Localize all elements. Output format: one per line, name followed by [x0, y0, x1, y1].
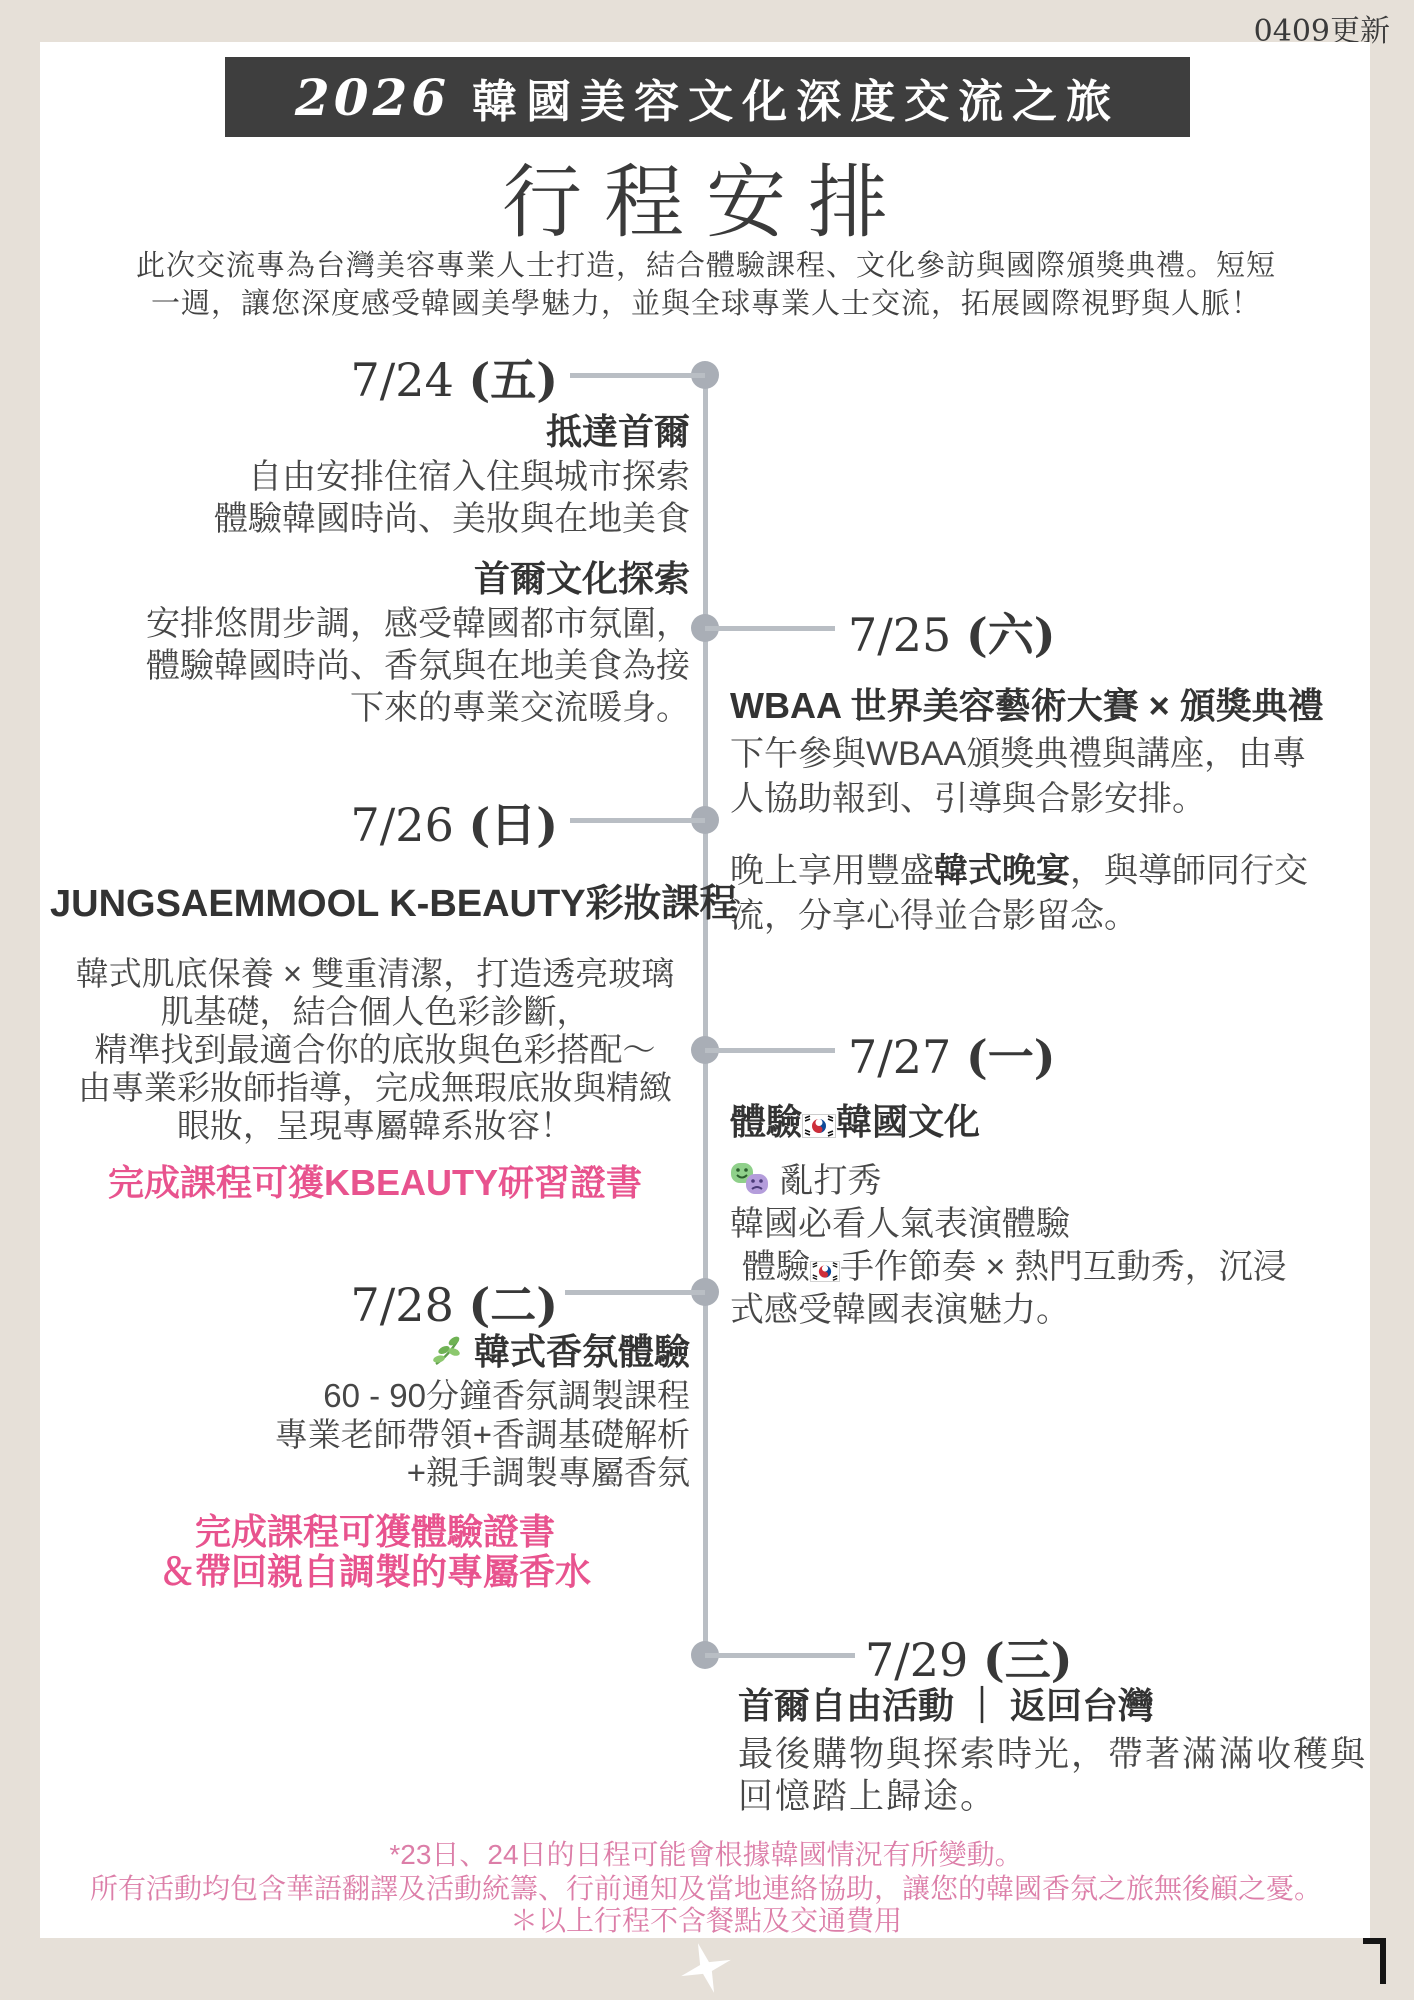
- body-line: 人協助報到、引導與合影安排。: [730, 771, 1370, 820]
- event-title: 首爾自由活動 ｜ 返回台灣: [738, 1678, 1378, 1729]
- page-title: 行程安排: [42, 138, 1370, 253]
- certificate-note: 完成課程可獲KBEAUTY研習證書: [60, 1155, 690, 1206]
- title-banner: 2026 韓國美容文化深度交流之旅: [225, 57, 1190, 137]
- event-title: 體驗韓國文化: [730, 1094, 1370, 1147]
- show-name: 亂打秀: [779, 1162, 881, 1200]
- flyer-page: 0409更新 2026 韓國美容文化深度交流之旅 行程安排 此次交流專為台灣美容…: [0, 0, 1414, 2000]
- body-line: 眼妝，呈現專屬韓系妝容！: [60, 1100, 690, 1147]
- footnote: ＊以上行程不含餐點及交通費用: [42, 1899, 1370, 1939]
- weekday-label: (一): [966, 1030, 1056, 1084]
- timeline-connector: [565, 1290, 705, 1295]
- date-label-0724: 7/24 (五): [300, 344, 558, 410]
- body-line: 下午參與WBAA頒獎典禮與講座，由專: [730, 726, 1370, 775]
- body-line: 回憶踏上歸途。: [738, 1769, 1378, 1819]
- certificate-note: ＆帶回親自調製的專屬香水: [60, 1544, 690, 1595]
- date-label-0727: 7/27 (一): [848, 1021, 1055, 1087]
- date-label-0726: 7/26 (日): [300, 789, 558, 855]
- event-title: WBAA 世界美容藝術大賽 × 頒獎典禮: [730, 678, 1370, 729]
- banner-title: 韓國美容文化深度交流之旅: [472, 65, 1120, 130]
- body-line: 韓國必看人氣表演體驗: [730, 1196, 1370, 1245]
- intro-line: 一週，讓您深度感受韓國美學魅力，並與全球專業人士交流，拓展國際視野與人脈！: [42, 281, 1370, 322]
- four-point-star-icon: [678, 1940, 734, 2000]
- page-corner-mark: [1363, 1938, 1386, 1984]
- bold-run: 韓式晚宴: [934, 852, 1070, 890]
- timeline-connector: [570, 373, 705, 378]
- body-line: 流，分享心得並合影留念。: [730, 888, 1370, 937]
- body-line: +親手調製專屬香氛: [50, 1447, 690, 1494]
- date-label-0725: 7/25 (六): [848, 599, 1055, 665]
- timeline-connector: [705, 1653, 855, 1658]
- weekday-label: (六): [966, 608, 1056, 662]
- timeline-connector: [705, 626, 835, 631]
- weekday-label: (日): [468, 798, 558, 852]
- timeline-line: [703, 375, 708, 1655]
- banner-year: 2026: [295, 68, 450, 127]
- event-title: 抵達首爾: [50, 404, 690, 455]
- timeline-connector: [705, 1048, 835, 1053]
- body-line: 晚上享用豐盛韓式晚宴，與導師同行交: [730, 843, 1370, 892]
- weekday-label: (五): [468, 353, 558, 407]
- event-title: JUNGSAEMMOOL K-BEAUTY彩妝課程: [50, 872, 690, 927]
- body-line: 體驗韓國時尚、美妝與在地美食: [50, 491, 690, 540]
- intro-line: 此次交流專為台灣美容專業人士打造，結合體驗課程、文化參訪與國際頒獎典禮。短短: [42, 243, 1370, 284]
- body-line: 式感受韓國表演魅力。: [730, 1282, 1370, 1331]
- timeline-connector: [570, 818, 705, 823]
- korea-flag-icon: [802, 1105, 836, 1147]
- body-line: 下來的專業交流暖身。: [50, 680, 690, 729]
- event-title: 首爾文化探索: [50, 551, 690, 602]
